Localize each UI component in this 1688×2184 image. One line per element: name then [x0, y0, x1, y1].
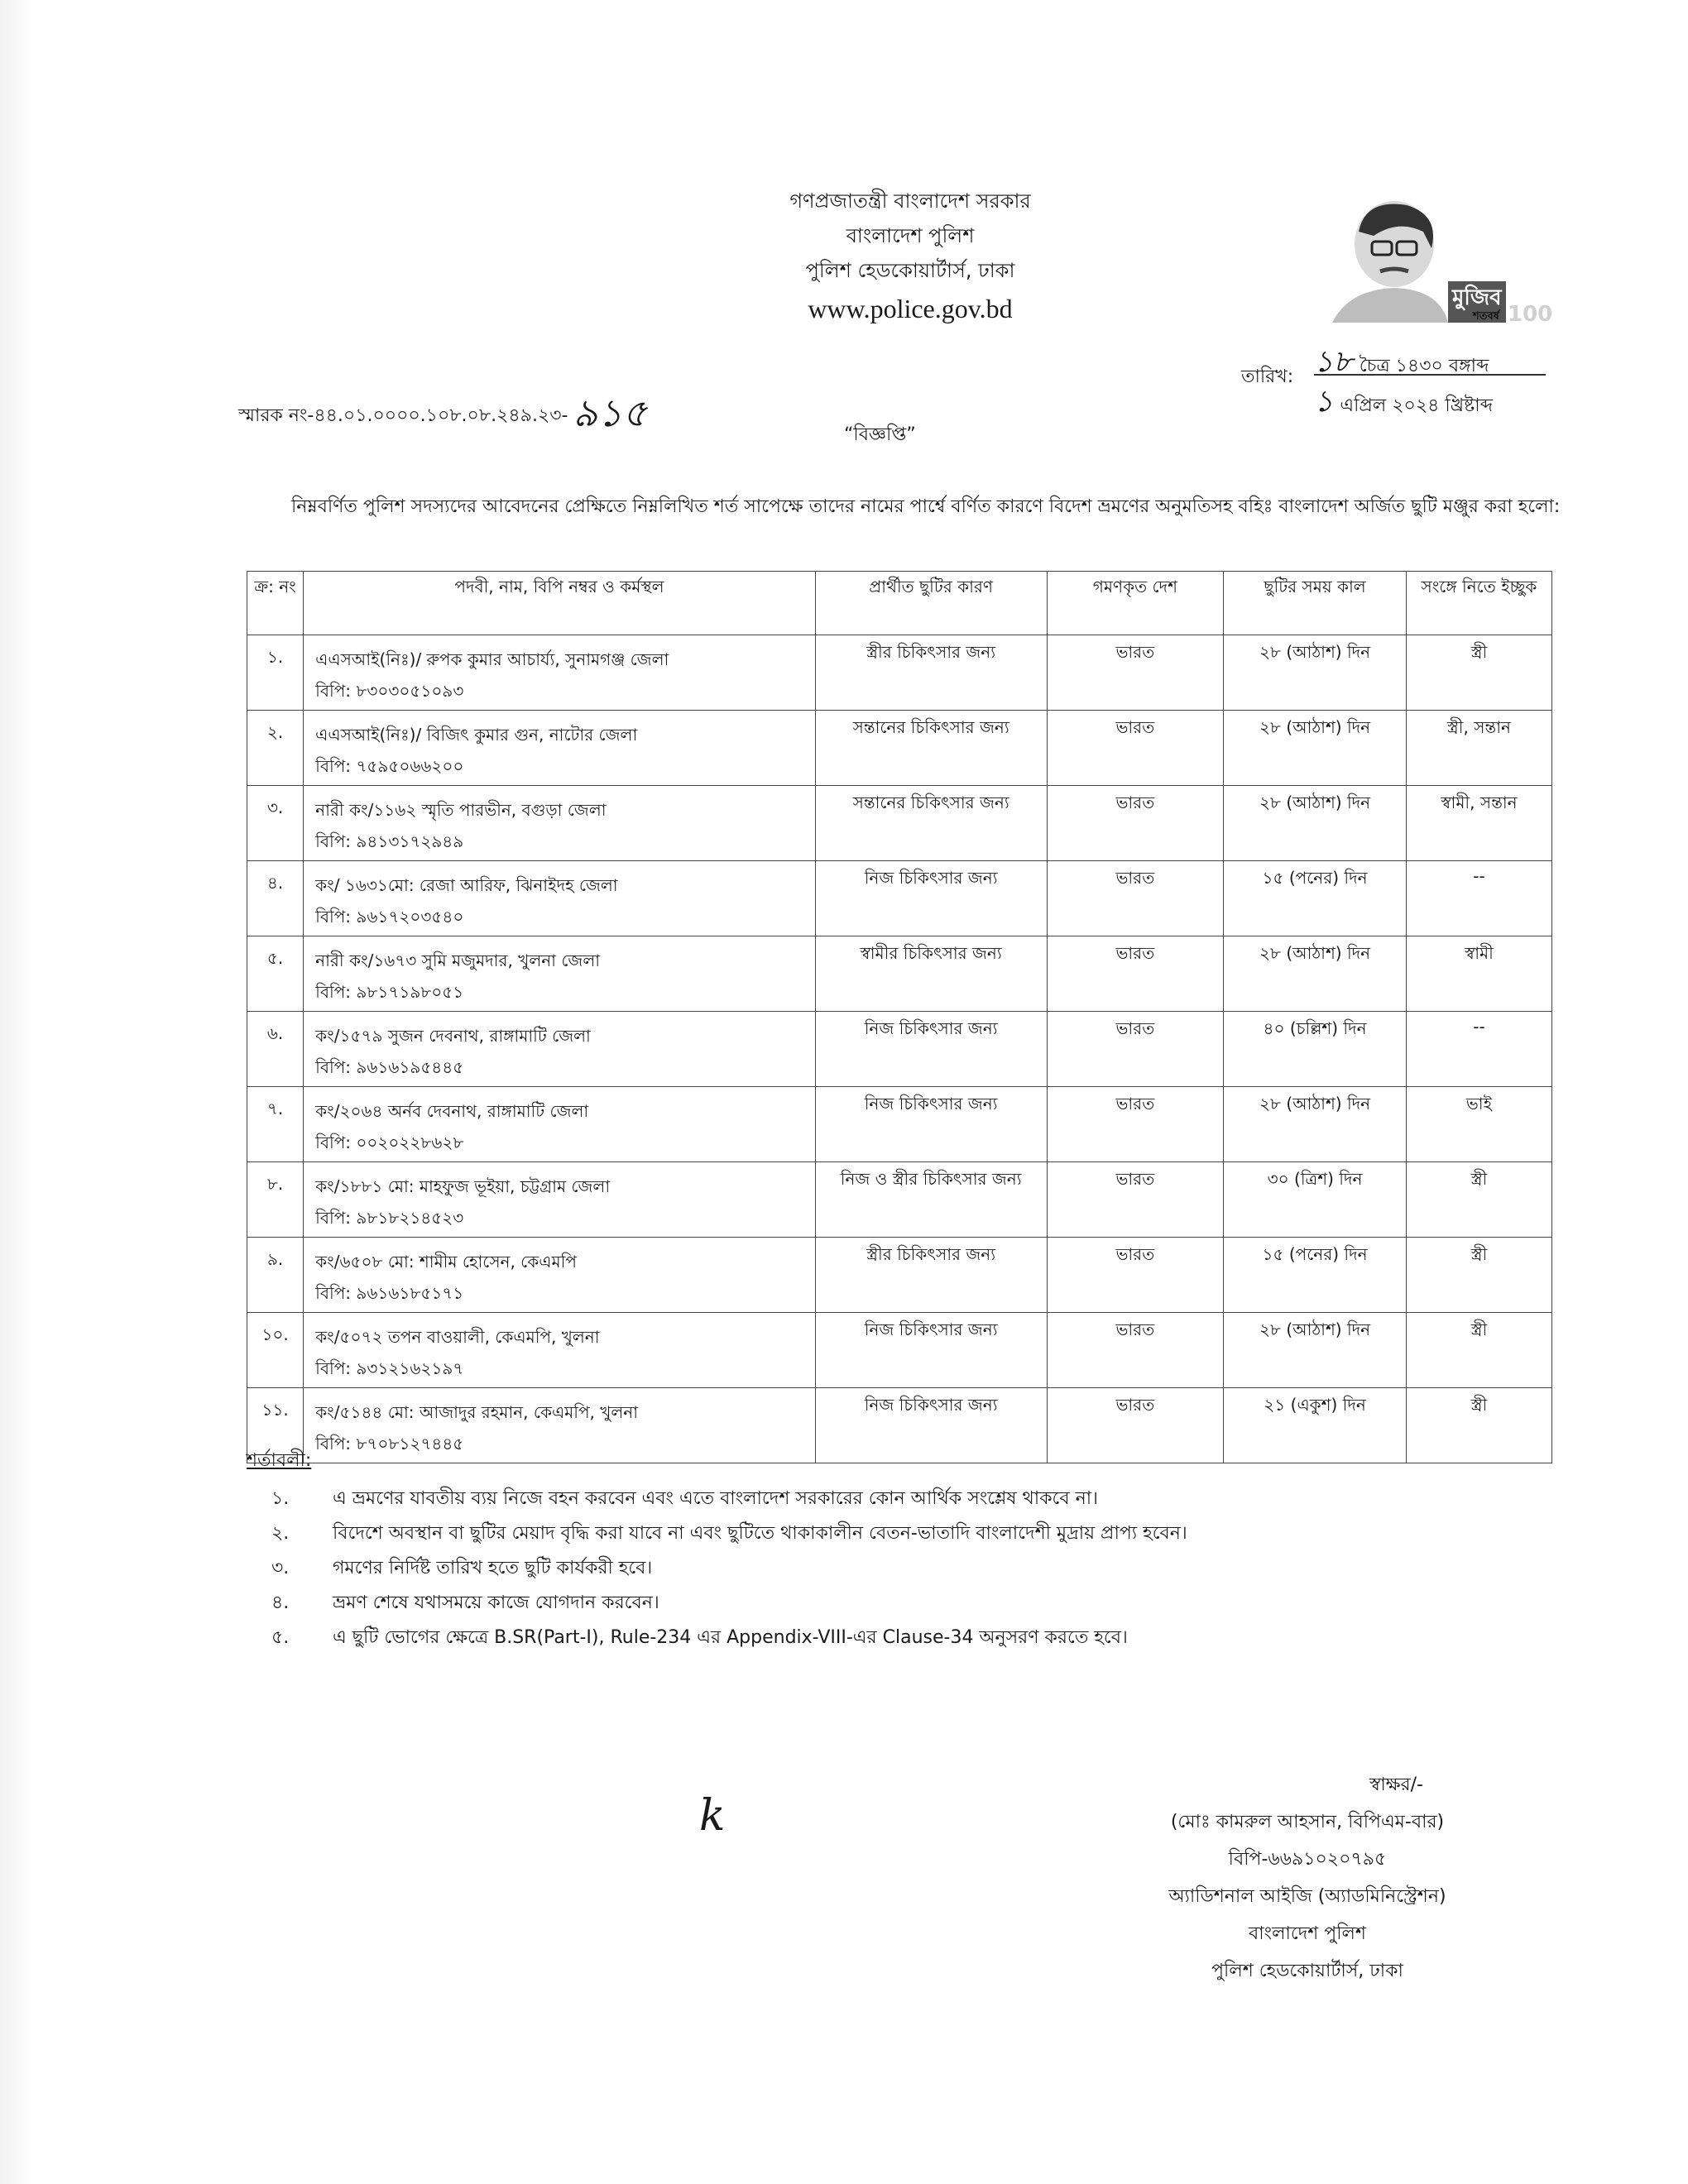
companion-cell: স্ত্রী	[1406, 635, 1551, 711]
companion-cell: স্ত্রী	[1406, 1313, 1551, 1388]
country-cell: ভারত	[1047, 861, 1224, 936]
country-cell: ভারত	[1047, 711, 1224, 786]
country-cell: ভারত	[1047, 1238, 1224, 1313]
signatory-designation: অ্যাডিশনাল আইজি (অ্যাডমিনিস্ট্রেশন)	[1142, 1878, 1473, 1915]
govt-name: গণপ্রজাতন্ত্রী বাংলাদেশ সরকার	[703, 184, 1117, 218]
col-serial: ক্র: নং	[247, 572, 304, 635]
bp-number: বিপি: ৯৬১৬১৯৫৪৪৫	[315, 1051, 808, 1083]
table-row: ৩.নারী কং/১১৬২ স্মৃতি পারভীন, বগুড়া জেল…	[247, 786, 1552, 861]
duration-cell: ২৮ (আঠাশ) দিন	[1224, 635, 1407, 711]
reason-cell: স্ত্রীর চিকিৎসার জন্য	[815, 635, 1047, 711]
companion-cell: --	[1406, 1012, 1551, 1087]
table-row: ৪.কং/ ১৬৩১মো: রেজা আরিফ, ঝিনাইদহ জেলাবিপ…	[247, 861, 1552, 936]
col-duration: ছুটির সময় কাল	[1224, 572, 1407, 635]
country-cell: ভারত	[1047, 1313, 1224, 1388]
signature-block: স্বাক্ষর/- (মোঃ কামরুল আহসান, বিপিএম-বার…	[1142, 1766, 1473, 1990]
companion-cell: স্ত্রী	[1406, 1162, 1551, 1238]
handwritten-initial: k	[699, 1791, 726, 1841]
companion-cell: স্বামী	[1406, 936, 1551, 1012]
bp-number: বিপি: ০০২০২২৮৬২৮	[315, 1127, 808, 1158]
reason-cell: নিজ চিকিৎসার জন্য	[815, 861, 1047, 936]
table-row: ৯.কং/৬৫০৮ মো: শামীম হোসেন, কেএমপিবিপি: ৯…	[247, 1238, 1552, 1313]
serial-cell: ৩.	[247, 786, 304, 861]
name-cell: এএসআই(নিঃ)/ রুপক কুমার আচার্য্য, সুনামগঞ…	[304, 635, 816, 711]
duration-cell: ৩০ (ত্রিশ) দিন	[1224, 1162, 1407, 1238]
name-cell: কং/৫০৭২ তপন বাওয়ালী, কেএমপি, খুলনাবিপি:…	[304, 1313, 816, 1388]
condition-number: ৪.	[247, 1586, 333, 1621]
duration-cell: ১৫ (পনের) দিন	[1224, 861, 1407, 936]
date-divider	[1314, 374, 1546, 376]
website-link[interactable]: www.police.gov.bd	[703, 290, 1117, 328]
memo-handwritten-number: ৯১৫	[573, 390, 648, 435]
rank-name-location: কং/২০৬৪ অর্নব দেবনাথ, রাঙ্গামাটি জেলা	[315, 1095, 808, 1127]
office-name: পুলিশ হেডকোয়ার্টার্স, ঢাকা	[703, 253, 1117, 288]
date-label: তারিখ:	[1241, 362, 1293, 393]
memo-number: স্মারক নং-৪৪.০১.০০০০.১০৮.০৮.২৪৯.২৩-৯১৫	[238, 385, 647, 448]
duration-cell: ৪০ (চল্লিশ) দিন	[1224, 1012, 1407, 1087]
col-name: পদবী, নাম, বিপি নম্বর ও কর্মস্থল	[304, 572, 816, 635]
condition-item: ১.এ ভ্রমণের যাবতীয় ব্যয় নিজে বহন করবেন…	[247, 1482, 1488, 1516]
condition-text: বিদেশে অবস্থান বা ছুটির মেয়াদ বৃদ্ধি কর…	[333, 1516, 1187, 1551]
reason-cell: স্বামীর চিকিৎসার জন্য	[815, 936, 1047, 1012]
col-country: গমণকৃত দেশ	[1047, 572, 1224, 635]
country-cell: ভারত	[1047, 635, 1224, 711]
companion-cell: স্বামী, সন্তান	[1406, 786, 1551, 861]
serial-cell: ২.	[247, 711, 304, 786]
bp-number: বিপি: ৯৩১২১৬২১৯৭	[315, 1353, 808, 1384]
bp-number: বিপি: ৮৩০৩০৫১০৯৩	[315, 675, 808, 706]
condition-text: ভ্রমণ শেষে যথাসময়ে কাজে যোগদান করবেন।	[333, 1586, 659, 1621]
condition-item: ৫.এ ছুটি ভোগের ক্ষেত্রে B.SR(Part-I), Ru…	[247, 1621, 1488, 1655]
country-cell: ভারত	[1047, 936, 1224, 1012]
table-row: ৬.কং/১৫৭৯ সুজন দেবনাথ, রাঙ্গামাটি জেলাবি…	[247, 1012, 1552, 1087]
rank-name-location: কং/১৫৭৯ সুজন দেবনাথ, রাঙ্গামাটি জেলা	[315, 1020, 808, 1051]
name-cell: কং/২০৬৪ অর্নব দেবনাথ, রাঙ্গামাটি জেলাবিপ…	[304, 1087, 816, 1162]
duration-cell: ২৮ (আঠাশ) দিন	[1224, 936, 1407, 1012]
bp-number: বিপি: ৯৬১৭২০৩৫৪০	[315, 901, 808, 932]
table-row: ৭.কং/২০৬৪ অর্নব দেবনাথ, রাঙ্গামাটি জেলাব…	[247, 1087, 1552, 1162]
conditions-section: শর্তাবলী: ১.এ ভ্রমণের যাবতীয় ব্যয় নিজে…	[247, 1446, 1488, 1655]
condition-number: ৩.	[247, 1551, 333, 1586]
companion-cell: ভাই	[1406, 1087, 1551, 1162]
col-reason: প্রার্থীত ছুটির কারণ	[815, 572, 1047, 635]
duration-cell: ২৮ (আঠাশ) দিন	[1224, 711, 1407, 786]
reason-cell: সন্তানের চিকিৎসার জন্য	[815, 786, 1047, 861]
intro-paragraph: নিম্নবর্ণিত পুলিশ সদস্যদের আবেদনের প্রেক…	[233, 484, 1566, 530]
serial-cell: ১.	[247, 635, 304, 711]
companion-cell: স্ত্রী, সন্তান	[1406, 711, 1551, 786]
condition-number: ১.	[247, 1482, 333, 1516]
serial-cell: ৬.	[247, 1012, 304, 1087]
condition-item: ৩.গমণের নির্দিষ্ট তারিখ হতে ছুটি কার্যকর…	[247, 1551, 1488, 1586]
country-cell: ভারত	[1047, 1087, 1224, 1162]
country-cell: ভারত	[1047, 1012, 1224, 1087]
rank-name-location: কং/৬৫০৮ মো: শামীম হোসেন, কেএমপি	[315, 1246, 808, 1277]
name-cell: কং/৬৫০৮ মো: শামীম হোসেন, কেএমপিবিপি: ৯৬১…	[304, 1238, 816, 1313]
name-cell: নারী কং/১১৬২ স্মৃতি পারভীন, বগুড়া জেলাব…	[304, 786, 816, 861]
signatory-office: পুলিশ হেডকোয়ার্টার্স, ঢাকা	[1142, 1952, 1473, 1990]
reason-cell: নিজ চিকিৎসার জন্য	[815, 1087, 1047, 1162]
table-row: ২.এএসআই(নিঃ)/ বিজিৎ কুমার গুন, নাটোর জেল…	[247, 711, 1552, 786]
reason-cell: নিজ চিকিৎসার জন্য	[815, 1313, 1047, 1388]
bp-number: বিপি: ৯৪১৩১৭২৯৪৯	[315, 826, 808, 857]
table-row: ৮.কং/১৮৮১ মো: মাহফুজ ভূইয়া, চট্টগ্রাম জ…	[247, 1162, 1552, 1238]
leave-table: ক্র: নং পদবী, নাম, বিপি নম্বর ও কর্মস্থল…	[247, 571, 1552, 1463]
table-row: ১০.কং/৫০৭২ তপন বাওয়ালী, কেএমপি, খুলনাবি…	[247, 1313, 1552, 1388]
svg-text:শতবর্ষ: শতবর্ষ	[1472, 309, 1501, 323]
condition-number: ২.	[247, 1516, 333, 1551]
rank-name-location: কং/ ১৬৩১মো: রেজা আরিফ, ঝিনাইদহ জেলা	[315, 869, 808, 901]
rank-name-location: কং/১৮৮১ মো: মাহফুজ ভূইয়া, চট্টগ্রাম জেল…	[315, 1171, 808, 1202]
duration-cell: ১৫ (পনের) দিন	[1224, 1238, 1407, 1313]
duration-cell: ২৮ (আঠাশ) দিন	[1224, 786, 1407, 861]
notice-title: “বিজ্ঞপ্তি”	[844, 420, 916, 451]
memo-label: স্মারক নং-৪৪.০১.০০০০.১০৮.০৮.২৪৯.২৩-	[238, 405, 568, 426]
mujib-100-logo-icon: মুজিব শতবর্ষ 100	[1316, 199, 1564, 323]
col-companion: সংঙ্গে নিতে ইচ্ছুক	[1406, 572, 1551, 635]
duration-cell: ২৮ (আঠাশ) দিন	[1224, 1313, 1407, 1388]
bp-number: বিপি: ৭৫৯৫০৬৬২০০	[315, 750, 808, 782]
table-row: ৫.নারী কং/১৬৭৩ সুমি মজুমদার, খুলনা জেলাব…	[247, 936, 1552, 1012]
reason-cell: নিজ চিকিৎসার জন্য	[815, 1012, 1047, 1087]
document-page: গণপ্রজাতন্ত্রী বাংলাদেশ সরকার বাংলাদেশ প…	[0, 0, 1688, 2184]
conditions-title: শর্তাবলী:	[247, 1446, 1488, 1477]
companion-cell: স্ত্রী	[1406, 1238, 1551, 1313]
name-cell: এএসআই(নিঃ)/ বিজিৎ কুমার গুন, নাটোর জেলাব…	[304, 711, 816, 786]
country-cell: ভারত	[1047, 1162, 1224, 1238]
bp-number: বিপি: ৯৮১৭১৯৮০৫১	[315, 976, 808, 1008]
condition-text: গমণের নির্দিষ্ট তারিখ হতে ছুটি কার্যকরী …	[333, 1551, 652, 1586]
rank-name-location: নারী কং/১৬৭৩ সুমি মজুমদার, খুলনা জেলা	[315, 945, 808, 976]
condition-number: ৫.	[247, 1621, 333, 1655]
reason-cell: নিজ ও স্ত্রীর চিকিৎসার জন্য	[815, 1162, 1047, 1238]
signatory-org: বাংলাদেশ পুলিশ	[1142, 1915, 1473, 1952]
english-date: ১এপ্রিল ২০২৪ খ্রিষ্টাব্দ	[1314, 379, 1493, 429]
svg-text:100: 100	[1508, 302, 1552, 323]
rank-name-location: কং/৫০৭২ তপন বাওয়ালী, কেএমপি, খুলনা	[315, 1321, 808, 1353]
rank-name-location: নারী কং/১১৬২ স্মৃতি পারভীন, বগুড়া জেলা	[315, 794, 808, 826]
companion-cell: --	[1406, 861, 1551, 936]
table-row: ১.এএসআই(নিঃ)/ রুপক কুমার আচার্য্য, সুনাম…	[247, 635, 1552, 711]
country-cell: ভারত	[1047, 786, 1224, 861]
english-day-handwritten: ১	[1314, 385, 1333, 419]
rank-name-location: এএসআই(নিঃ)/ রুপক কুমার আচার্য্য, সুনামগঞ…	[315, 644, 808, 675]
serial-cell: ৫.	[247, 936, 304, 1012]
serial-cell: ৪.	[247, 861, 304, 936]
signed-label: স্বাক্ষর/-	[1142, 1766, 1473, 1803]
org-name: বাংলাদেশ পুলিশ	[703, 218, 1117, 253]
duration-cell: ২৮ (আঠাশ) দিন	[1224, 1087, 1407, 1162]
reason-cell: সন্তানের চিকিৎসার জন্য	[815, 711, 1047, 786]
name-cell: কং/১৫৭৯ সুজন দেবনাথ, রাঙ্গামাটি জেলাবিপি…	[304, 1012, 816, 1087]
letterhead: গণপ্রজাতন্ত্রী বাংলাদেশ সরকার বাংলাদেশ প…	[703, 184, 1117, 328]
signatory-name: (মোঃ কামরুল আহসান, বিপিএম-বার)	[1142, 1803, 1473, 1841]
name-cell: কং/ ১৬৩১মো: রেজা আরিফ, ঝিনাইদহ জেলাবিপি:…	[304, 861, 816, 936]
rank-name-location: কং/৫১৪৪ মো: আজাদুর রহমান, কেএমপি, খুলনা	[315, 1396, 808, 1428]
signatory-bp: বিপি-৬৬৯১০২০৭৯৫	[1142, 1841, 1473, 1878]
bp-number: বিপি: ৯৮১৮২১৪৫২৩	[315, 1202, 808, 1233]
rank-name-location: এএসআই(নিঃ)/ বিজিৎ কুমার গুন, নাটোর জেলা	[315, 719, 808, 750]
scan-edge-shadow	[0, 0, 33, 2184]
condition-item: ৪.ভ্রমণ শেষে যথাসময়ে কাজে যোগদান করবেন।	[247, 1586, 1488, 1621]
serial-cell: ১০.	[247, 1313, 304, 1388]
condition-item: ২.বিদেশে অবস্থান বা ছুটির মেয়াদ বৃদ্ধি …	[247, 1516, 1488, 1551]
serial-cell: ৯.	[247, 1238, 304, 1313]
svg-text:মুজিব: মুজিব	[1451, 284, 1503, 311]
reason-cell: স্ত্রীর চিকিৎসার জন্য	[815, 1238, 1047, 1313]
table-header-row: ক্র: নং পদবী, নাম, বিপি নম্বর ও কর্মস্থল…	[247, 572, 1552, 635]
condition-text: এ ভ্রমণের যাবতীয় ব্যয় নিজে বহন করবেন এ…	[333, 1482, 1098, 1516]
serial-cell: ৭.	[247, 1087, 304, 1162]
name-cell: কং/১৮৮১ মো: মাহফুজ ভূইয়া, চট্টগ্রাম জেল…	[304, 1162, 816, 1238]
bp-number: বিপি: ৯৬১৬১৮৫১৭১	[315, 1277, 808, 1309]
serial-cell: ৮.	[247, 1162, 304, 1238]
name-cell: নারী কং/১৬৭৩ সুমি মজুমদার, খুলনা জেলাবিপ…	[304, 936, 816, 1012]
condition-text: এ ছুটি ভোগের ক্ষেত্রে B.SR(Part-I), Rule…	[333, 1621, 1128, 1655]
